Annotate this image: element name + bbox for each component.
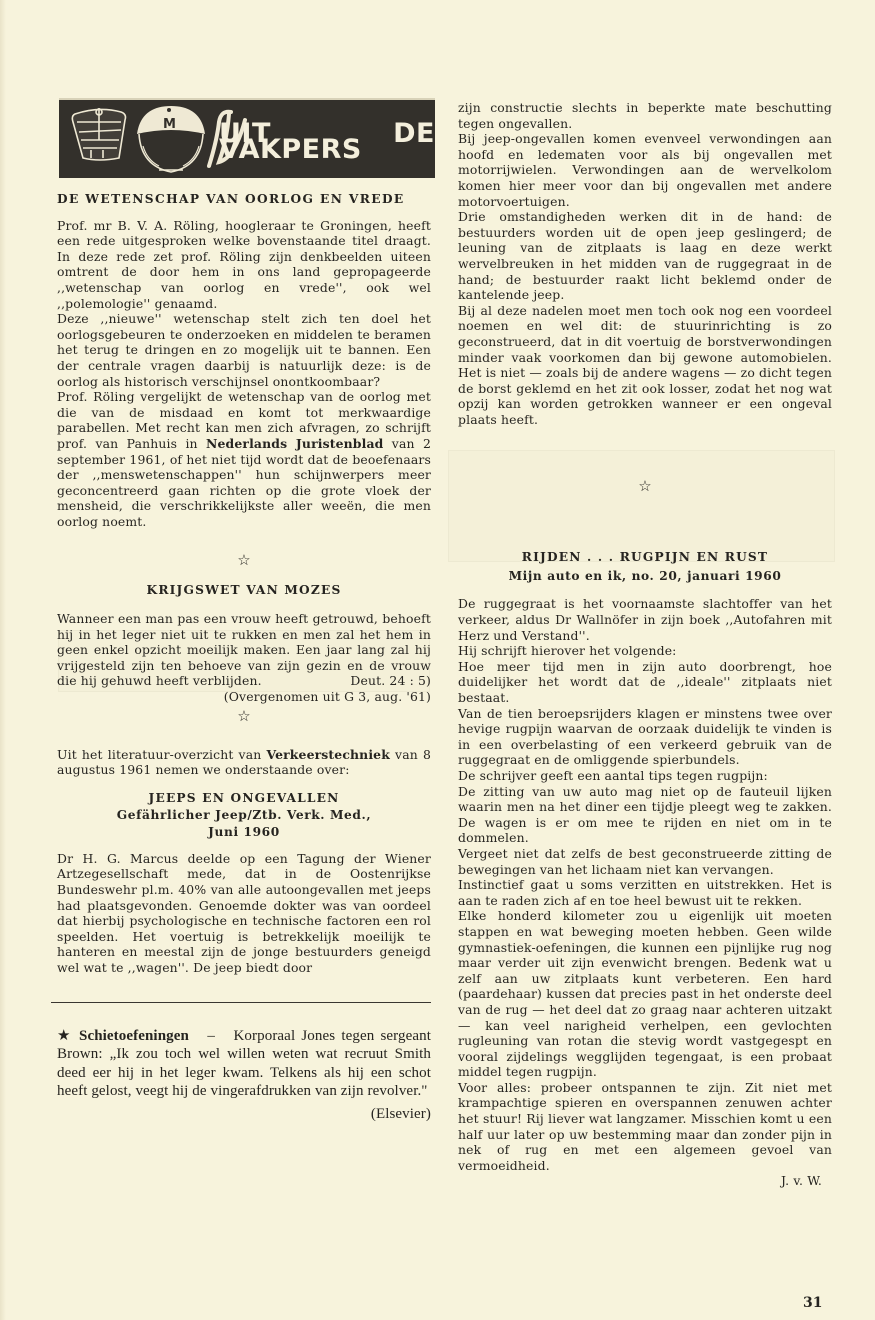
article-title-jeeps: JEEPS EN ONGEVALLEN [57, 790, 431, 807]
article-paragraph: Prof. mr B. V. A. Röling, hoogleraar te … [57, 218, 431, 312]
article-paragraph: Prof. Röling vergelijkt de wetenschap va… [57, 389, 431, 529]
article-title-wetenschap: DE WETENSCHAP VAN OORLOG EN VREDE [57, 192, 431, 208]
article-paragraph: zijn constructie slechts in beperkte mat… [458, 100, 832, 131]
article-paragraph: Voor alles: probeer ontspannen te zijn. … [458, 1080, 832, 1174]
article-subtitle: Juni 1960 [57, 824, 431, 841]
article-paragraph: Instinctief gaat u soms verzitten en uit… [458, 877, 832, 908]
left-column: M UIT DE VAKPERS DE WETENSCHAP VAN OORLO… [57, 100, 431, 1123]
article-title-rijden: RIJDEN . . . RUGPIJN EN RUST [458, 549, 832, 566]
article-title-krijgswet: KRIJGSWET VAN MOZES [57, 583, 431, 599]
star-bullet-icon: ★ [57, 1028, 73, 1044]
star-separator-icon: ☆ [57, 707, 431, 725]
joke-box: ★ Schietoefeningen – Korporaal Jones teg… [57, 1027, 431, 1124]
banner-title: UIT DE VAKPERS [219, 126, 435, 157]
article-paragraph: De zitting van uw auto mag niet op de fa… [458, 784, 832, 846]
article-paragraph: Dr H. G. Marcus deelde op een Tagung der… [57, 851, 431, 976]
helmet-icon: M [137, 106, 205, 172]
author-initials: J. v. W. [458, 1173, 832, 1189]
article-paragraph: Vergeet niet dat zelfs de best geconstru… [458, 846, 832, 877]
article-paragraph: Bij jeep-ongevallen komen evenveel verwo… [458, 131, 832, 209]
article-subtitle: Gefährlicher Jeep/Ztb. Verk. Med., [57, 807, 431, 824]
article-paragraph: Elke honderd kilometer zou u eigenlijk u… [458, 908, 832, 1080]
right-column: zijn constructie slechts in beperkte mat… [458, 100, 832, 1189]
section-banner: M UIT DE VAKPERS [59, 100, 435, 178]
star-separator-icon: ☆ [57, 551, 431, 569]
source-credit: (Overgenomen uit G 3, aug. '61) [57, 689, 431, 705]
star-separator-icon: ☆ [458, 477, 832, 495]
article-subtitle: Mijn auto en ik, no. 20, januari 1960 [458, 568, 832, 585]
article-intro: Uit het literatuur-overzicht van Verkeer… [57, 747, 431, 778]
publication-name: Verkeerstechniek [266, 747, 390, 762]
article-paragraph: Van de tien beroepsrijders klagen er min… [458, 706, 832, 768]
article-paragraph: Hij schrijft hierover het volgende: [458, 643, 832, 659]
svg-text:M: M [163, 117, 176, 132]
joke-dash: – [207, 1028, 215, 1044]
page-number: 31 [803, 1295, 822, 1311]
article-paragraph: De schrijver geeft een aantal tips tegen… [458, 768, 832, 784]
article-paragraph: Hoe meer tijd men in zijn auto doorbreng… [458, 659, 832, 706]
article-paragraph: Drie omstandigheden werken dit in de han… [458, 209, 832, 303]
page-edge [0, 0, 6, 1320]
publication-name: Nederlands Juristenblad [206, 436, 383, 451]
article-paragraph: Bij al deze nadelen moet men toch ook no… [458, 303, 832, 428]
joke-title: Schietoefeningen [79, 1028, 189, 1044]
article-paragraph: De ruggegraat is het voornaamste slachto… [458, 596, 832, 643]
article-paragraph: Deze ,,nieuwe'' wetenschap stelt zich te… [57, 311, 431, 389]
joke-source: (Elsevier) [57, 1105, 431, 1124]
